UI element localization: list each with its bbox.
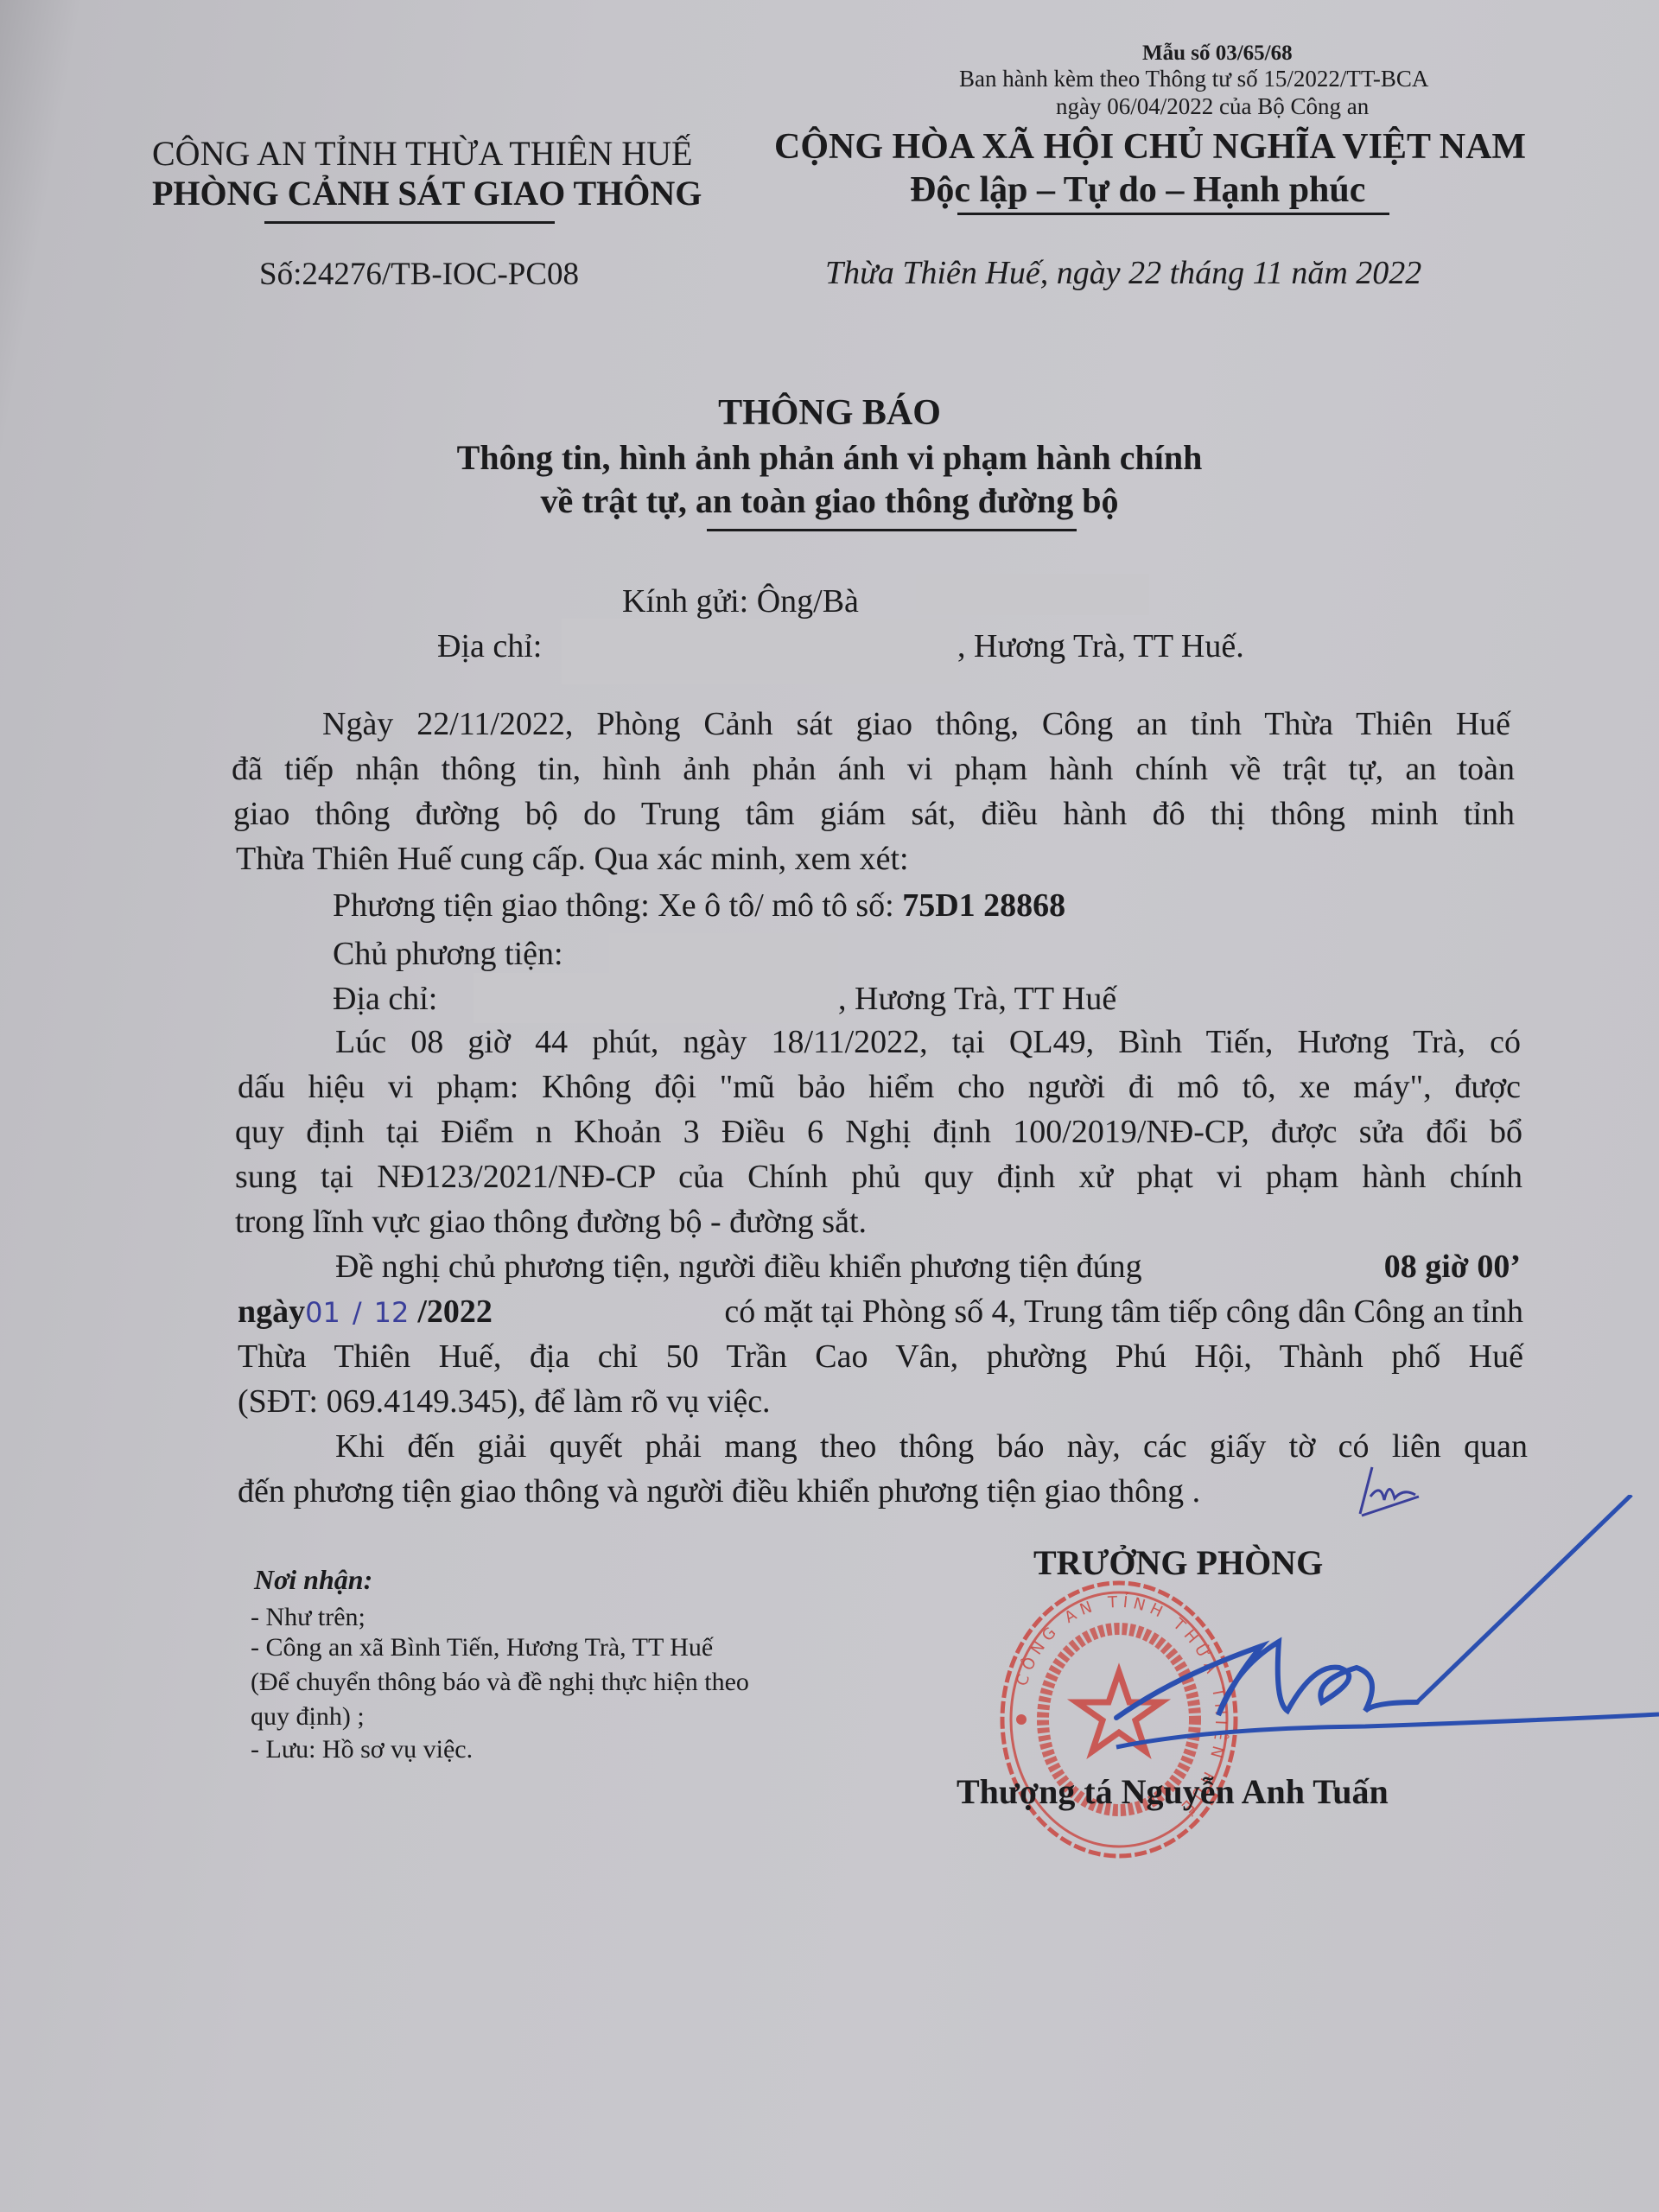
issuer-agency: CÔNG AN TỈNH THỪA THIÊN HUẾ	[152, 133, 692, 174]
signer-name: Thượng tá Nguyễn Anh Tuấn	[957, 1771, 1389, 1812]
body-p2-line5: trong lĩnh vực giao thông đường bộ - đườ…	[235, 1199, 867, 1244]
body-p1-line2: đã tiếp nhận thông tin, hình ảnh phản án…	[232, 747, 1515, 791]
body-p1-line3: giao thông đường bộ do Trung tâm giám sá…	[233, 791, 1515, 836]
body-p3-line3: Thừa Thiên Huế, địa chỉ 50 Trần Cao Vân,…	[238, 1334, 1523, 1379]
signature-icon	[1106, 1495, 1659, 1754]
appointment-day-handwritten: 01	[305, 1296, 340, 1329]
date-separator: /	[353, 1296, 362, 1329]
document-title: THÔNG BÁO	[0, 392, 1659, 434]
issuer-department: PHÒNG CẢNH SÁT GIAO THÔNG	[152, 173, 702, 213]
owner-address-suffix: , Hương Trà, TT Huế	[838, 976, 1116, 1021]
document-subtitle-1: Thông tin, hình ảnh phản ánh vi phạm hàn…	[0, 437, 1659, 478]
motto-underline	[957, 213, 1389, 215]
document-subtitle-2: về trật tự, an toàn giao thông đường bộ	[0, 480, 1659, 521]
body-p2-line1: Lúc 08 giờ 44 phút, ngày 18/11/2022, tại…	[335, 1020, 1521, 1065]
appointment-location: có mặt tại Phòng số 4, Trung tâm tiếp cô…	[724, 1289, 1523, 1335]
document-number: Số:24276/TB-IOC-PC08	[259, 256, 579, 293]
vehicle-line: Phương tiện giao thông: Xe ô tô/ mô tô s…	[333, 883, 1065, 928]
body-p3-line1: Đề nghị chủ phương tiện, người điều khiể…	[335, 1244, 1521, 1289]
addressee-address-suffix: , Hương Trà, TT Huế.	[957, 624, 1244, 669]
owner-label: Chủ phương tiện:	[333, 931, 563, 976]
body-p4-line2: đến phương tiện giao thông và người điều…	[238, 1469, 1200, 1514]
national-title: CỘNG HÒA XÃ HỘI CHỦ NGHĨA VIỆT NAM	[774, 126, 1526, 168]
recipient-item: quy định) ;	[251, 1702, 365, 1732]
appointment-year: /2022	[417, 1294, 493, 1330]
appointment-date-prefix: ngày	[238, 1294, 305, 1330]
body-p4-line1: Khi đến giải quyết phải mang theo thông …	[335, 1424, 1528, 1469]
national-motto: Độc lập – Tự do – Hạnh phúc	[910, 169, 1365, 211]
redacted-owner-address	[474, 973, 838, 1023]
vehicle-plate: 75D1 28868	[902, 887, 1065, 924]
issuer-underline	[264, 221, 555, 224]
addressee-greeting: Kính gửi: Ông/Bà	[622, 579, 859, 624]
body-p2-line3: quy định tại Điểm n Khoản 3 Điều 6 Nghị …	[235, 1109, 1522, 1154]
form-issued-date: ngày 06/04/2022 của Bộ Công an	[1056, 93, 1369, 120]
form-number: Mẫu số 03/65/68	[1142, 41, 1293, 66]
body-p3-line2: ngày01/12/2022 có mặt tại Phòng số 4, Tr…	[238, 1289, 1523, 1335]
form-issued-with: Ban hành kèm theo Thông tư số 15/2022/TT…	[959, 66, 1428, 92]
recipient-item: (Để chuyển thông báo và đề nghị thực hiệ…	[251, 1668, 749, 1697]
owner-address-label: Địa chỉ:	[333, 976, 437, 1021]
recipients-heading: Nơi nhận:	[254, 1564, 372, 1596]
title-underline	[707, 529, 1077, 531]
recipient-item: - Công an xã Bình Tiến, Hương Trà, TT Hu…	[251, 1633, 713, 1662]
body-p2-line2: dấu hiệu vi phạm: Không đội "mũ bảo hiểm…	[238, 1065, 1521, 1109]
vehicle-label: Phương tiện giao thông: Xe ô tô/ mô tô s…	[333, 887, 894, 924]
addressee-address-label: Địa chỉ:	[437, 624, 542, 669]
appointment-month-handwritten: 12	[374, 1296, 410, 1329]
recipient-item: - Như trên;	[251, 1603, 365, 1632]
redacted-address	[562, 619, 959, 684]
appointment-time: 08 giờ 00’	[1384, 1244, 1521, 1289]
appointment-text: Đề nghị chủ phương tiện, người điều khiể…	[335, 1244, 1142, 1289]
body-p2-line4: sung tại NĐ123/2021/NĐ-CP của Chính phủ …	[235, 1154, 1522, 1199]
body-p3-line4: (SĐT: 069.4149.345), để làm rõ vụ việc.	[238, 1379, 771, 1424]
redacted-name	[916, 574, 1149, 615]
recipient-item: - Lưu: Hồ sơ vụ việc.	[251, 1735, 473, 1764]
body-p1-line4: Thừa Thiên Huế cung cấp. Qua xác minh, x…	[236, 836, 909, 881]
redacted-owner	[609, 933, 838, 978]
place-date: Thừa Thiên Huế, ngày 22 tháng 11 năm 202…	[825, 254, 1421, 292]
body-p1-line1: Ngày 22/11/2022, Phòng Cảnh sát giao thô…	[322, 702, 1510, 747]
